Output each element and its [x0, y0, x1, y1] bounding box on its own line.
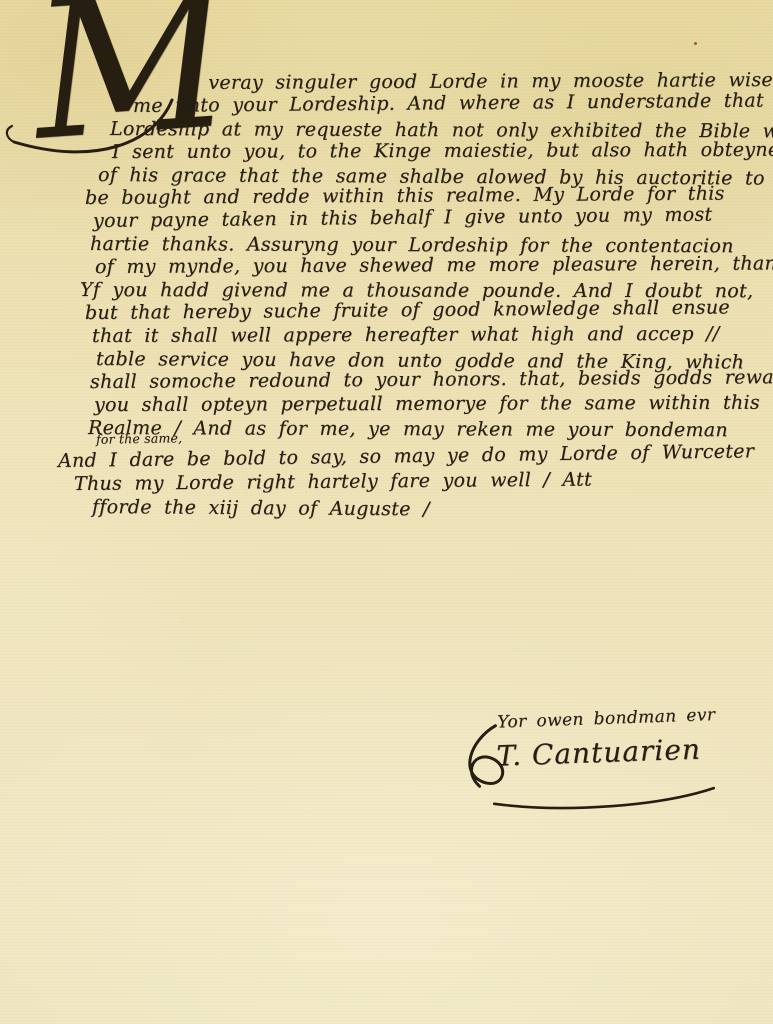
signature-flourish-icon — [443, 705, 746, 815]
manuscript-line: shall somoche redound to your honors. th… — [90, 366, 773, 394]
paper-speck — [694, 42, 697, 45]
manuscript-line: you shall opteyn perpetuall memorye for … — [94, 392, 773, 417]
manuscript-line: of my mynde, you have shewed me more ple… — [95, 252, 773, 279]
manuscript-line: Thus my Lorde right hartely fare you wel… — [74, 467, 773, 496]
manuscript-line: fforde the xiij day of Auguste / — [92, 496, 773, 524]
signature-block: Yor owen bondman evr T. Cantuarien — [451, 703, 753, 775]
manuscript-line: but that hereby suche fruite of good kno… — [85, 296, 773, 325]
manuscript-line: Realme / And as for me, ye may reken me … — [88, 417, 773, 442]
manuscript-line: I sent unto you, to the Kinge maiestie, … — [112, 139, 773, 164]
manuscript-line: that it shall well appere hereafter what… — [92, 323, 773, 348]
manuscript-line: me unto your Lordeship. And where as I u… — [133, 89, 773, 118]
letter-body: y veray singuler good Lorde in my mooste… — [80, 72, 773, 519]
interline-insertion: for the same, — [96, 431, 182, 446]
parchment-page: M y veray singuler good Lorde in my moos… — [0, 0, 773, 1024]
